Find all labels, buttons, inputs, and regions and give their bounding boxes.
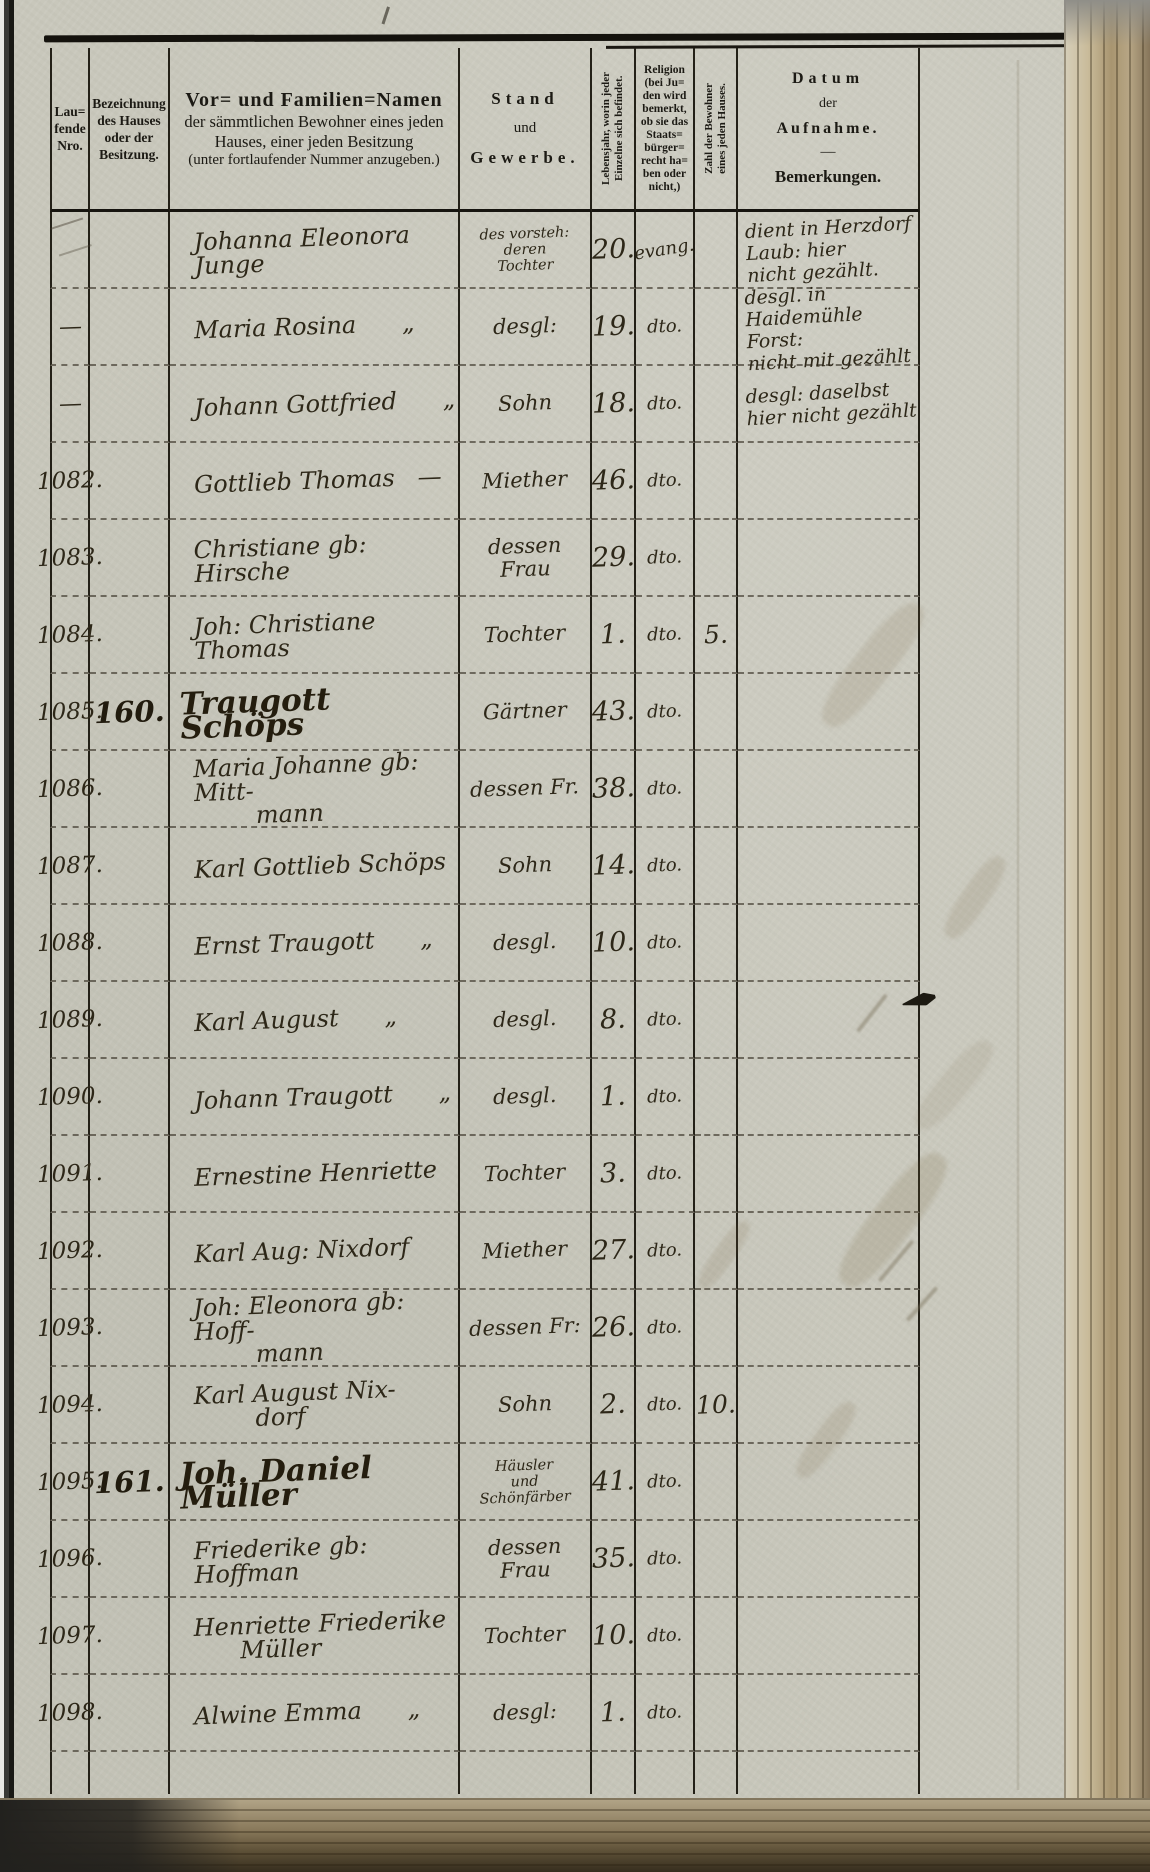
book-spine-edge xyxy=(0,0,14,1872)
header-bemerkungen: Bemerkungen. xyxy=(775,167,881,187)
bewohner-name: Joh: Christiane Thomas xyxy=(169,605,458,663)
ink-mark xyxy=(382,6,400,27)
bewohner-name: Joh. Daniel Müller xyxy=(169,1452,458,1510)
bewohner-name: Maria Rosina „ xyxy=(170,310,415,343)
table-row: 1096. Friederike gb: Hoffman dessen Frau… xyxy=(50,1521,921,1598)
bewohner-name: Christiane gb: Hirsche xyxy=(169,528,458,586)
lebensjahr: 43. xyxy=(591,695,635,727)
religion: evang. xyxy=(633,234,696,264)
religion: dto. xyxy=(647,1701,683,1723)
religion: dto. xyxy=(647,854,683,876)
bewohner-name: Johanna Eleonora Junge xyxy=(169,220,458,278)
table-row: 1098. Alwine Emma „ desgl: 1. dto. xyxy=(50,1675,921,1752)
lebensjahr: 2. xyxy=(600,1389,627,1421)
lebensjahr: 14. xyxy=(591,849,635,881)
table-row: 1090. Johann Traugott „ desgl. 1. dto. xyxy=(50,1059,921,1136)
religion: dto. xyxy=(647,1085,683,1107)
stand-gewerbe: Miether xyxy=(482,468,568,494)
lebensjahr: 46. xyxy=(591,464,635,496)
stand-gewerbe: Sohn xyxy=(498,1392,553,1417)
bewohner-name: Traugott Schöps xyxy=(169,682,458,740)
table-row: 1084. Joh: Christiane Thomas Tochter 1. … xyxy=(50,597,921,674)
bewohner-name: Henriette Friederike Müller xyxy=(169,1607,447,1665)
lebensjahr: 20. xyxy=(591,233,635,265)
bemerkung: desgl. in Haidemühle Forst: nicht mit ge… xyxy=(736,278,920,375)
header-namen-line2: der sämmtlichen Bewohner eines jeden xyxy=(184,112,443,132)
stand-gewerbe: Häusler und Schönfärber xyxy=(479,1456,572,1507)
page-stack-bottom-shadow xyxy=(0,1800,240,1872)
table-row: 1083. Christiane gb: Hirsche dessen Frau… xyxy=(50,520,921,597)
bewohner-name: Karl Aug: Nixdorf xyxy=(170,1234,410,1266)
lebensjahr: 41. xyxy=(591,1465,635,1497)
header-datum: Datum xyxy=(792,70,864,88)
header-dash: — xyxy=(821,144,836,161)
table-row: 1089. Karl August „ desgl. 8. dto. xyxy=(50,982,921,1059)
header-namen-line4: (unter fortlaufender Nummer anzugeben.) xyxy=(188,152,440,169)
table-row: 1086. Maria Johanne gb: Mitt- mann desse… xyxy=(50,751,921,828)
bewohner-name: Karl August „ xyxy=(170,1004,397,1036)
laufende-nro: — xyxy=(58,390,82,417)
paper-stain xyxy=(907,1033,1001,1137)
stand-gewerbe: Sohn xyxy=(498,853,553,878)
header-namen-title: Vor= und Familien=Namen xyxy=(185,89,442,112)
header-namen-line3: Hauses, einer jeden Besitzung xyxy=(215,132,414,152)
stand-gewerbe: desgl: xyxy=(493,314,558,339)
table-row: 1094. Karl August Nix- dorf Sohn 2. dto.… xyxy=(50,1367,921,1444)
religion: dto. xyxy=(647,1547,683,1569)
table-row-empty xyxy=(50,1752,921,1794)
stand-gewerbe: Gärtner xyxy=(483,699,568,725)
table-row: 1092. Karl Aug: Nixdorf Miether 27. dto. xyxy=(50,1213,921,1290)
lebensjahr: 3. xyxy=(600,1158,627,1190)
table-row: — Johann Gottfried „ Sohn 18. dto. desgl… xyxy=(50,366,921,443)
stand-gewerbe: Sohn xyxy=(498,391,553,416)
religion: dto. xyxy=(647,700,683,722)
bewohner-zahl: 5. xyxy=(703,620,728,650)
religion: dto. xyxy=(647,546,683,568)
religion: dto. xyxy=(647,392,683,414)
bewohner-zahl: 10. xyxy=(695,1389,736,1419)
bemerkung: dient in Herzdorf Laub: hier nicht gezäh… xyxy=(736,212,914,287)
bewohner-name: Alwine Emma „ xyxy=(170,1696,421,1729)
lebensjahr: 38. xyxy=(591,772,635,804)
header-haus-bezeichnung: Bezeichnung des Hauses oder der Besitzun… xyxy=(92,95,166,163)
stand-gewerbe: desgl. xyxy=(493,930,557,955)
paper-crease xyxy=(1016,60,1020,1790)
religion: dto. xyxy=(647,469,683,491)
bewohner-name: Johann Gottfried „ xyxy=(170,387,456,421)
bewohner-name: Ernst Traugott „ xyxy=(170,926,433,959)
lebensjahr: 26. xyxy=(591,1311,635,1343)
bemerkung: desgl: daselbst hier nicht gezählt xyxy=(737,377,917,430)
header-religion: Religion (bei Ju= den wird bemerkt, ob s… xyxy=(641,64,688,194)
document-page: Lau= fende Nro. Bezeichnung des Hauses o… xyxy=(14,0,1066,1800)
table-row: 1082. Gottlieb Thomas — Miether 46. dto. xyxy=(50,443,921,520)
haus-nr: 160. xyxy=(93,693,165,729)
header-aufnahme: Aufnahme. xyxy=(776,120,879,138)
bewohner-name: Karl August Nix- dorf xyxy=(169,1377,397,1433)
bewohner-name: Karl Gottlieb Schöps xyxy=(170,849,447,883)
table-row: 1095. 161. Joh. Daniel Müller Häusler un… xyxy=(50,1444,921,1521)
bewohner-name: Friederike gb: Hoffman xyxy=(169,1529,458,1587)
header-stand-und: und xyxy=(514,120,537,137)
stand-gewerbe: desgl: xyxy=(493,1700,558,1725)
lebensjahr: 1. xyxy=(600,1081,627,1113)
lebensjahr: 8. xyxy=(600,1004,627,1036)
laufende-nro: — xyxy=(58,313,82,340)
stand-gewerbe: dessen Frau xyxy=(459,1533,591,1584)
religion: dto. xyxy=(647,1162,683,1184)
religion: dto. xyxy=(647,315,683,337)
lebensjahr: 1. xyxy=(600,619,627,651)
stand-gewerbe: Tochter xyxy=(484,1623,566,1649)
stand-gewerbe: Miether xyxy=(482,1238,568,1264)
religion: dto. xyxy=(647,1624,683,1646)
lebensjahr: 1. xyxy=(600,1697,627,1729)
stand-gewerbe: des vorsteh: deren Tochter xyxy=(479,224,570,275)
header-bewohner-zahl: Zahl der Bewohner eines jeden Hauses. xyxy=(703,83,729,174)
paper-stain xyxy=(938,851,1013,944)
table-row: — Maria Rosina „ desgl: 19. dto. desgl. … xyxy=(50,289,921,366)
top-rule xyxy=(44,33,1086,43)
table-row: 1097. Henriette Friederike Müller Tochte… xyxy=(50,1598,921,1675)
religion: dto. xyxy=(647,931,683,953)
table-header-row: Lau= fende Nro. Bezeichnung des Hauses o… xyxy=(50,48,921,212)
table-row: 1085. 160. Traugott Schöps Gärtner 43. d… xyxy=(50,674,921,751)
page-stack-right-shadow xyxy=(1064,0,1150,46)
lebensjahr: 18. xyxy=(591,387,635,419)
religion: dto. xyxy=(647,623,683,645)
header-datum-der: der xyxy=(819,96,837,112)
stand-gewerbe: Tochter xyxy=(484,1161,566,1187)
stand-gewerbe: dessen Fr. xyxy=(470,775,580,802)
lebensjahr: 27. xyxy=(591,1234,635,1266)
religion: dto. xyxy=(647,1470,683,1492)
bewohner-name: Johann Traugott „ xyxy=(170,1080,452,1114)
header-lebensjahr: Lebensjahr, worin jeder Einzelne sich be… xyxy=(600,72,626,185)
header-laufende-nro: Lau= fende Nro. xyxy=(54,103,86,154)
table-row: 1093. Joh: Eleonora gb: Hoff- mann desse… xyxy=(50,1290,921,1367)
religion: dto. xyxy=(647,1008,683,1030)
table-row: Johanna Eleonora Junge des vorsteh: dere… xyxy=(50,212,921,289)
table-row: 1091. Ernestine Henriette Tochter 3. dto… xyxy=(50,1136,921,1213)
header-gewerbe: Gewerbe. xyxy=(470,148,579,168)
stand-gewerbe: dessen Frau xyxy=(459,532,591,583)
stand-gewerbe: dessen Fr: xyxy=(469,1314,581,1341)
haus-nr: 161. xyxy=(93,1463,165,1499)
religion: dto. xyxy=(647,777,683,799)
bewohner-name: Gottlieb Thomas — xyxy=(170,464,442,497)
religion: dto. xyxy=(647,1393,683,1415)
stand-gewerbe: desgl. xyxy=(493,1007,557,1032)
religion: dto. xyxy=(647,1316,683,1338)
table-row: 1088. Ernst Traugott „ desgl. 10. dto. xyxy=(50,905,921,982)
table-row: 1087. Karl Gottlieb Schöps Sohn 14. dto. xyxy=(50,828,921,905)
stand-gewerbe: Tochter xyxy=(484,622,566,648)
lebensjahr: 10. xyxy=(591,1619,635,1651)
stand-gewerbe: desgl. xyxy=(493,1084,557,1109)
bewohner-name: Ernestine Henriette xyxy=(170,1157,438,1190)
scanned-register-page: { "page": { "header": { "col_nro": "Lau=… xyxy=(0,0,1150,1872)
bewohner-name: Maria Johanne gb: Mitt- mann xyxy=(169,747,459,829)
header-stand: Stand xyxy=(491,89,559,109)
religion: dto. xyxy=(647,1239,683,1261)
lebensjahr: 19. xyxy=(591,310,635,342)
lebensjahr: 29. xyxy=(591,541,635,573)
page-stack-right xyxy=(1064,0,1150,1872)
bewohner-name: Joh: Eleonora gb: Hoff- mann xyxy=(169,1286,459,1368)
register-table: Lau= fende Nro. Bezeichnung des Hauses o… xyxy=(50,48,921,1794)
lebensjahr: 35. xyxy=(591,1542,635,1574)
lebensjahr: 10. xyxy=(591,926,635,958)
